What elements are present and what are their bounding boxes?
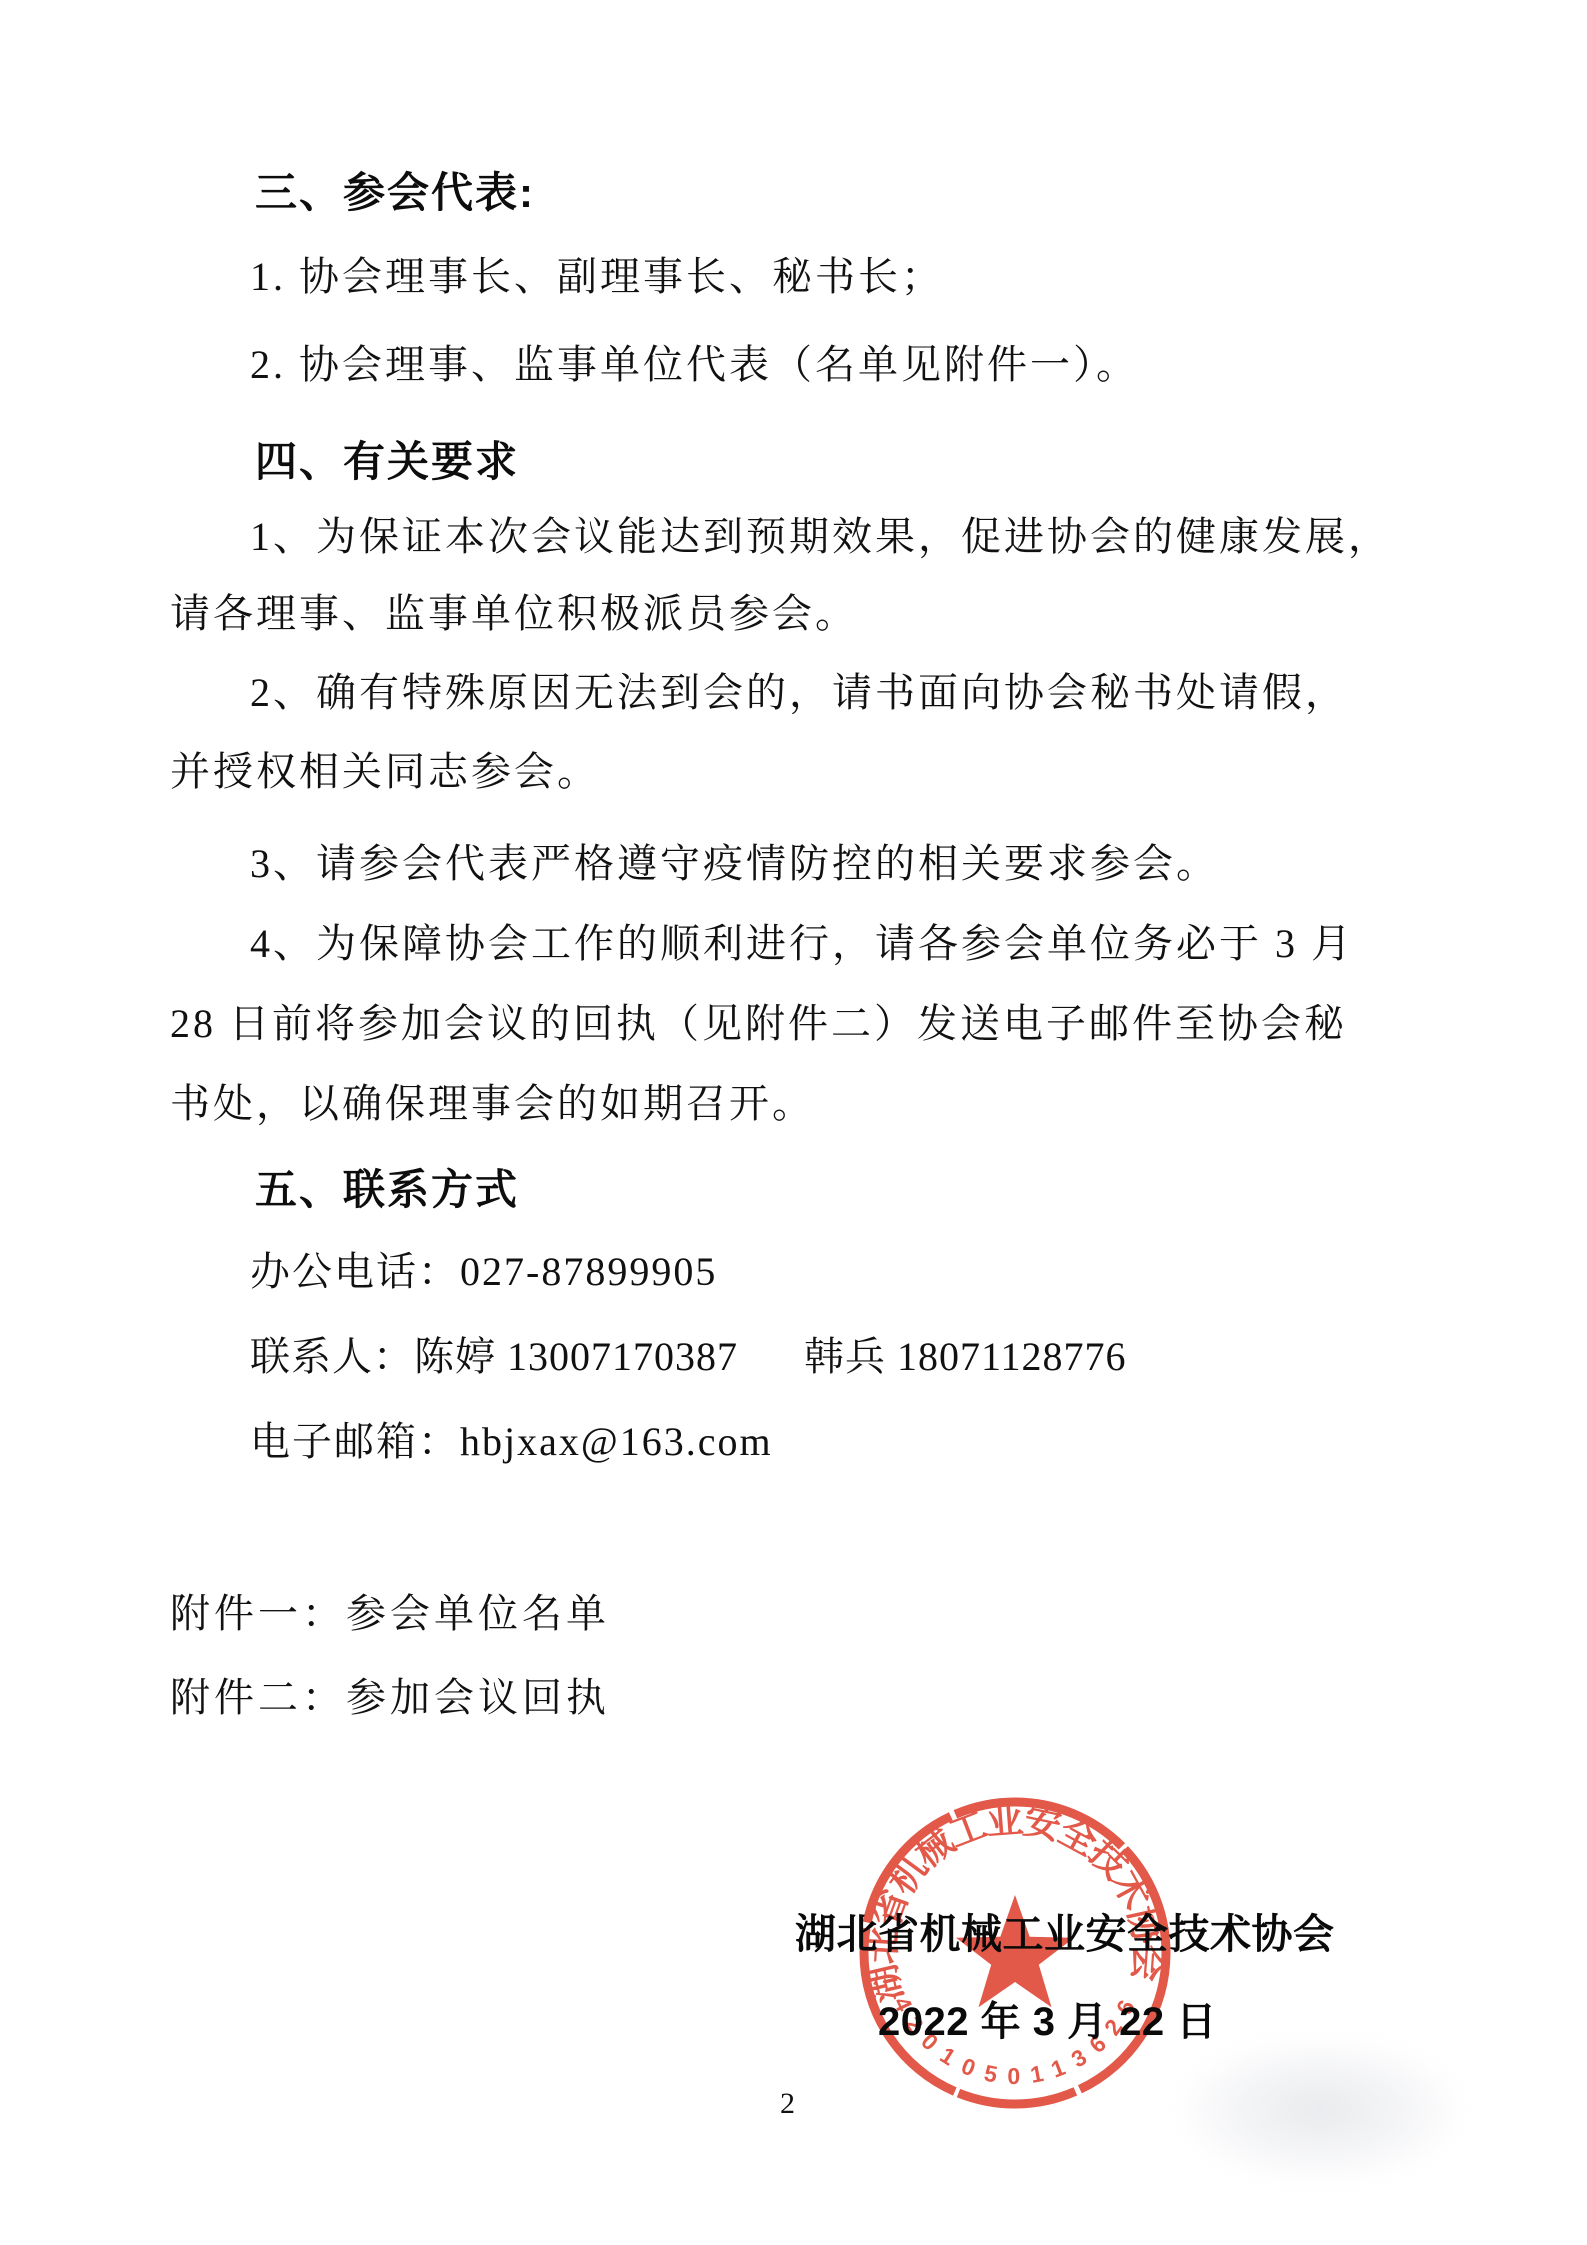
section-4-para-2-line-2: 并授权相关同志参会。	[170, 748, 600, 796]
scan-smudge	[1180, 2040, 1460, 2180]
section-4-para-4-line-1: 4、为保障协会工作的顺利进行，请各参会单位务必于 3 月	[250, 920, 1354, 968]
page-number: 2	[780, 2086, 795, 2122]
document-page: 三、参会代表: 1. 协会理事长、副理事长、秘书长； 2. 协会理事、监事单位代…	[0, 0, 1587, 2245]
section-4-para-4-line-3: 书处，以确保理事会的如期召开。	[170, 1080, 815, 1128]
issue-date: 2022 年 3 月 22 日	[878, 1998, 1217, 2046]
section-4-heading: 四、有关要求	[255, 437, 519, 487]
attachment-2: 附件二：参加会议回执	[170, 1674, 610, 1722]
issuing-organization: 湖北省机械工业安全技术协会	[795, 1910, 1335, 1959]
section-5-heading: 五、联系方式	[255, 1165, 519, 1215]
section-4-para-4-line-2: 28 日前将参加会议的回执（见附件二）发送电子邮件至协会秘	[170, 1000, 1347, 1048]
section-3-heading: 三、参会代表:	[255, 168, 535, 218]
section-4-para-2-line-1: 2、确有特殊原因无法到会的，请书面向协会秘书处请假，	[250, 669, 1348, 717]
section-4-para-3: 3、请参会代表严格遵守疫情防控的相关要求参会。	[250, 840, 1219, 888]
section-4-para-1-line-2: 请各理事、监事单位积极派员参会。	[170, 590, 858, 638]
section-3-item-1: 1. 协会理事长、副理事长、秘书长；	[250, 253, 944, 301]
office-phone: 办公电话：027-87899905	[250, 1248, 717, 1296]
attachment-1: 附件一：参会单位名单	[170, 1590, 610, 1638]
section-4-para-1-line-1: 1、为保证本次会议能达到预期效果，促进协会的健康发展，	[250, 513, 1391, 561]
section-3-item-2: 2. 协会理事、监事单位代表（名单见附件一）。	[250, 341, 1139, 389]
contact-email: 电子邮箱：hbjxax@163.com	[250, 1418, 773, 1466]
contact-persons: 联系人：陈婷 13007170387 韩兵 18071128776	[250, 1333, 1127, 1381]
